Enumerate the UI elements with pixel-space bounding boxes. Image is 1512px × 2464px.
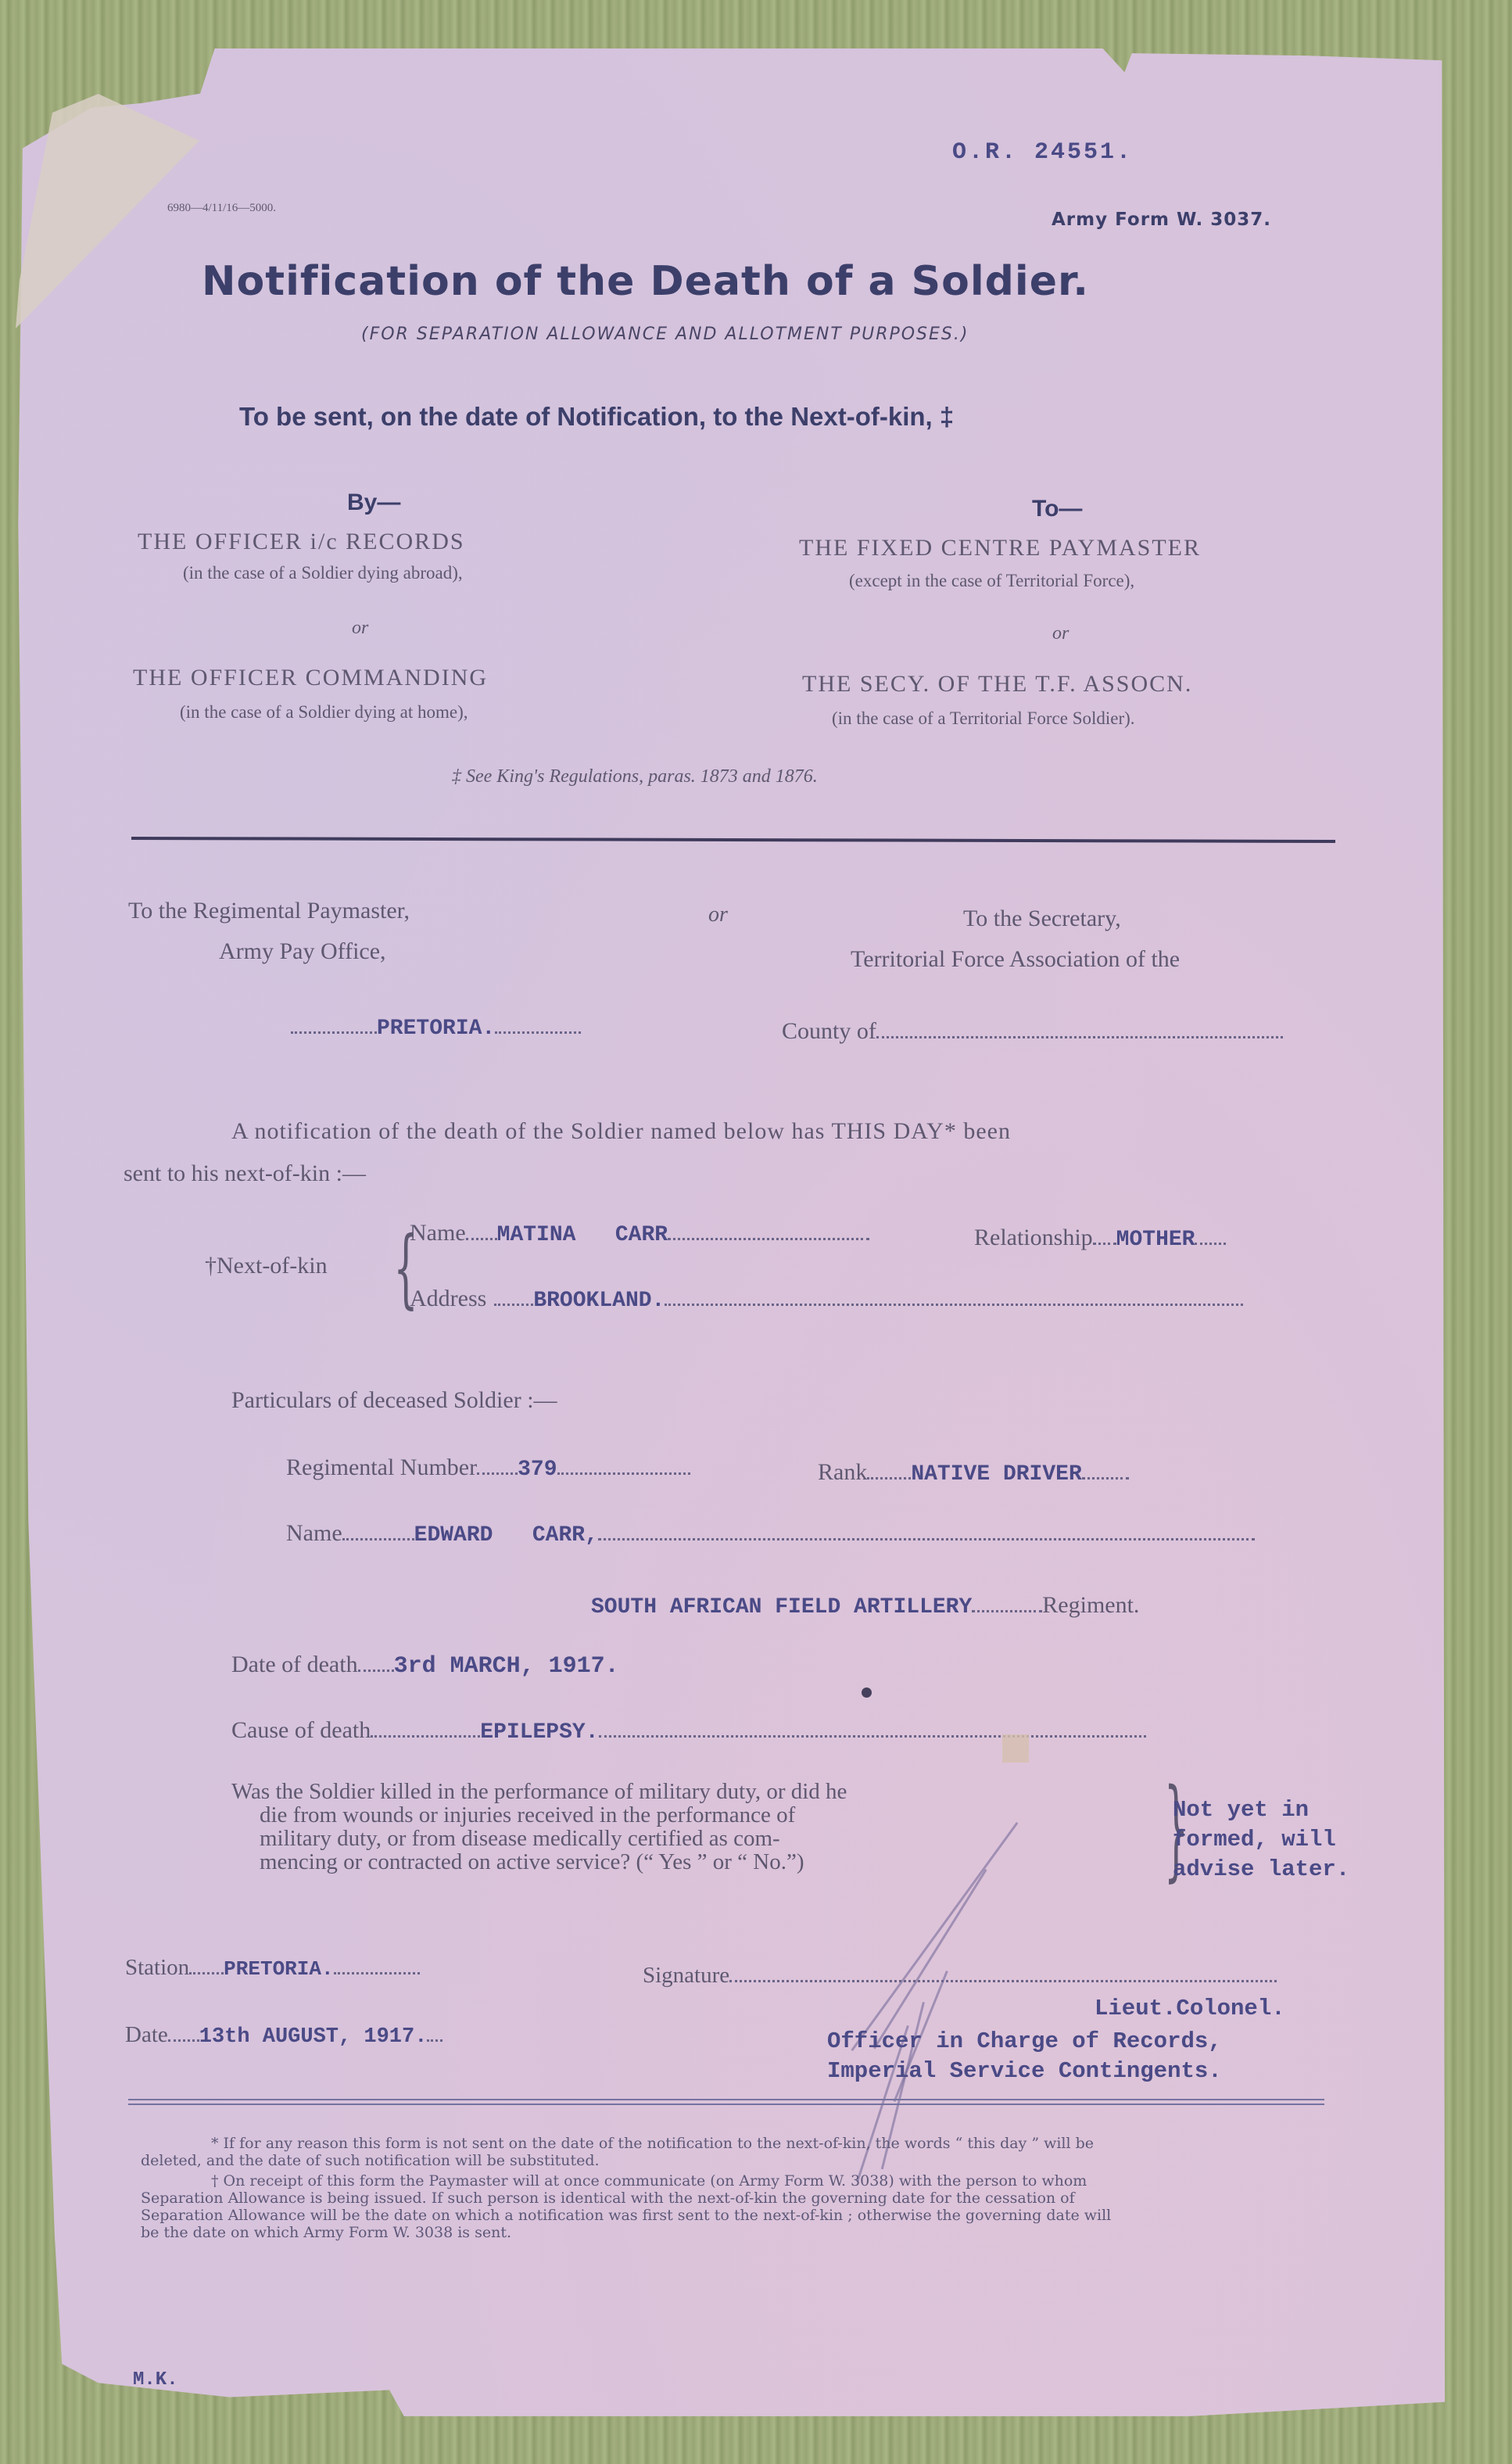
dot-leader bbox=[599, 1735, 1146, 1738]
by-option-commanding: THE OFFICER COMMANDING bbox=[133, 665, 488, 691]
duty-answer-line-2: formed, will bbox=[1173, 1825, 1349, 1855]
dot-leader bbox=[291, 1031, 377, 1034]
dot-leader bbox=[598, 1538, 1255, 1540]
dot-leader bbox=[1195, 1243, 1226, 1245]
regiment-value: SOUTH AFRICAN FIELD ARTILLERY bbox=[591, 1595, 972, 1619]
duty-answer[interactable]: Not yet in formed, will advise later. bbox=[1173, 1795, 1349, 1885]
dot-leader bbox=[557, 1472, 690, 1475]
by-or: or bbox=[352, 618, 368, 639]
kin-name-label: Name bbox=[410, 1220, 466, 1246]
dot-leader bbox=[972, 1610, 1042, 1612]
footnote-dagger-line-2: Separation Allowance is being issued. If… bbox=[141, 2190, 1306, 2207]
cause-of-death-value: EPILEPSY. bbox=[480, 1720, 598, 1745]
station-field[interactable]: StationPRETORIA. bbox=[125, 1955, 420, 1981]
footnote-star-line-1: * If for any reason this form is not sen… bbox=[141, 2135, 1306, 2152]
soldier-name-field[interactable]: NameEDWARD CARR, bbox=[286, 1520, 1255, 1548]
footnotes: * If for any reason this form is not sen… bbox=[141, 2135, 1306, 2241]
soldier-name-label: Name bbox=[286, 1520, 342, 1546]
signature-label: Signature bbox=[643, 1963, 729, 1988]
county-value bbox=[876, 1036, 1283, 1038]
regulation-note: ‡ See King's Regulations, paras. 1873 an… bbox=[452, 766, 818, 787]
kin-relationship-label: Relationship bbox=[974, 1225, 1093, 1250]
duty-question: Was the Soldier killed in the performanc… bbox=[231, 1780, 847, 1874]
to-option-paymaster: THE FIXED CENTRE PAYMASTER bbox=[799, 535, 1201, 561]
addressee-regimental-paymaster: To the Regimental Paymaster, bbox=[128, 898, 410, 924]
reg-number-field[interactable]: Regimental Number379 bbox=[286, 1454, 690, 1482]
dot-leader bbox=[477, 1472, 518, 1475]
page-title: Notification of the Death of a Soldier. bbox=[202, 258, 1089, 305]
next-of-kin-label: †Next-of-kin bbox=[205, 1253, 328, 1279]
dot-leader bbox=[1082, 1477, 1129, 1479]
footnote-dagger-line-3: Separation Allowance will be the date on… bbox=[141, 2207, 1306, 2224]
rank-value: NATIVE DRIVER bbox=[911, 1462, 1081, 1487]
to-option-tf-secretary: THE SECY. OF THE T.F. ASSOCN. bbox=[802, 671, 1192, 698]
duty-question-line-3: military duty, or from disease medically… bbox=[231, 1827, 847, 1850]
regiment-label: Regiment. bbox=[1042, 1592, 1139, 1618]
addressee-tf-association: Territorial Force Association of the bbox=[851, 946, 1180, 973]
by-option-commanding-note: (in the case of a Soldier dying at home)… bbox=[180, 702, 468, 723]
kin-address-value: BROOKLAND. bbox=[533, 1289, 665, 1313]
clerk-initials: M.K. bbox=[133, 2369, 178, 2390]
duty-question-line-1: Was the Soldier killed in the performanc… bbox=[231, 1780, 847, 1803]
signature-line bbox=[729, 1980, 1277, 1982]
kin-address-label: Address bbox=[410, 1286, 486, 1311]
ink-dot bbox=[862, 1687, 872, 1698]
signature-field[interactable]: Signature bbox=[643, 1963, 1277, 1989]
by-heading: By— bbox=[347, 490, 400, 516]
dot-leader bbox=[371, 1735, 480, 1738]
officer-title: Officer in Charge of Records, bbox=[827, 2028, 1222, 2054]
date-field[interactable]: Date13th AUGUST, 1917. bbox=[125, 2022, 442, 2049]
to-heading: To— bbox=[1032, 496, 1082, 522]
soldier-name-value: EDWARD CARR, bbox=[414, 1523, 598, 1548]
regiment-field[interactable]: SOUTH AFRICAN FIELD ARTILLERYRegiment. bbox=[591, 1592, 1139, 1619]
instruction: To be sent, on the date of Notification,… bbox=[239, 402, 954, 432]
dot-leader bbox=[668, 1238, 869, 1240]
kin-address-field[interactable]: AddressBROOKLAND. bbox=[410, 1286, 1243, 1313]
duty-question-line-2: die from wounds or injuries received in … bbox=[231, 1803, 847, 1827]
officer-unit: Imperial Service Contingents. bbox=[827, 2058, 1222, 2084]
dot-leader bbox=[495, 1031, 581, 1034]
to-option-paymaster-note: (except in the case of Territorial Force… bbox=[849, 571, 1134, 591]
duty-answer-line-1: Not yet in bbox=[1173, 1795, 1349, 1825]
dot-leader bbox=[427, 2039, 442, 2042]
dot-leader bbox=[867, 1477, 911, 1479]
to-or: or bbox=[1052, 623, 1069, 644]
kin-name-field[interactable]: NameMATINA CARR bbox=[410, 1220, 869, 1247]
duty-answer-line-3: advise later. bbox=[1173, 1855, 1349, 1885]
addressee-army-pay-office: Army Pay Office, bbox=[219, 938, 386, 965]
dot-leader bbox=[466, 1238, 497, 1240]
dot-leader bbox=[342, 1538, 414, 1540]
date-of-death-field[interactable]: Date of death3rd MARCH, 1917. bbox=[231, 1652, 619, 1680]
dot-leader bbox=[494, 1304, 533, 1306]
print-code: 6980—4/11/16—5000. bbox=[167, 202, 276, 215]
cause-of-death-label: Cause of death bbox=[231, 1717, 371, 1743]
footnote-star-line-2: deleted, and the date of such notificati… bbox=[141, 2152, 1306, 2169]
dot-leader bbox=[334, 1972, 420, 1974]
date-of-death-value: 3rd MARCH, 1917. bbox=[394, 1653, 619, 1680]
kin-relationship-field[interactable]: RelationshipMOTHER bbox=[974, 1225, 1226, 1252]
station-label: Station bbox=[125, 1955, 189, 1980]
footnote-dagger-line-1: † On receipt of this form the Paymaster … bbox=[141, 2172, 1306, 2190]
reg-number-label: Regimental Number bbox=[286, 1454, 477, 1480]
kin-relationship-value: MOTHER bbox=[1116, 1228, 1195, 1252]
to-option-tf-secretary-note: (in the case of a Territorial Force Sold… bbox=[832, 708, 1135, 729]
rank-field[interactable]: RankNATIVE DRIVER bbox=[818, 1459, 1129, 1487]
dot-leader bbox=[1093, 1243, 1116, 1245]
footnote-dagger-line-4: be the date on which Army Form W. 3038 i… bbox=[141, 2224, 1306, 2241]
date-of-death-label: Date of death bbox=[231, 1652, 358, 1677]
addressee-or: or bbox=[708, 902, 728, 927]
reg-number-value: 379 bbox=[518, 1458, 557, 1482]
pay-office-field[interactable]: PRETORIA. bbox=[291, 1015, 581, 1041]
date-label: Date bbox=[125, 2022, 168, 2047]
station-value: PRETORIA. bbox=[224, 1957, 333, 1981]
by-option-records-note: (in the case of a Soldier dying abroad), bbox=[183, 563, 463, 583]
kin-name-value: MATINA CARR bbox=[497, 1223, 668, 1247]
notification-line-2: sent to his next-of-kin :— bbox=[124, 1160, 366, 1187]
rank-label: Rank bbox=[818, 1459, 867, 1485]
dot-leader bbox=[665, 1304, 1243, 1306]
duty-question-line-4: mencing or contracted on active service?… bbox=[231, 1850, 847, 1874]
reference-number: O.R. 24551. bbox=[952, 139, 1133, 166]
officer-rank: Lieut.Colonel. bbox=[1095, 1996, 1285, 2021]
notification-line-1: A notification of the death of the Soldi… bbox=[231, 1118, 1011, 1145]
dot-leader bbox=[168, 2039, 199, 2042]
dot-leader bbox=[358, 1670, 394, 1672]
date-value: 13th AUGUST, 1917. bbox=[199, 2025, 428, 2049]
paper-stain bbox=[1002, 1734, 1029, 1763]
by-option-records: THE OFFICER i/c RECORDS bbox=[138, 529, 465, 555]
county-label: County of bbox=[782, 1018, 876, 1044]
footer-double-rule bbox=[128, 2099, 1324, 2105]
page-subtitle: (FOR SEPARATION ALLOWANCE AND ALLOTMENT … bbox=[361, 325, 969, 344]
pay-office-value: PRETORIA. bbox=[377, 1017, 495, 1041]
county-field[interactable]: County of bbox=[782, 1018, 1283, 1045]
form-number: Army Form W. 3037. bbox=[1052, 210, 1271, 230]
addressee-secretary: To the Secretary, bbox=[963, 906, 1121, 932]
dot-leader bbox=[189, 1972, 224, 1974]
soldier-section-label: Particulars of deceased Soldier :— bbox=[231, 1387, 557, 1414]
